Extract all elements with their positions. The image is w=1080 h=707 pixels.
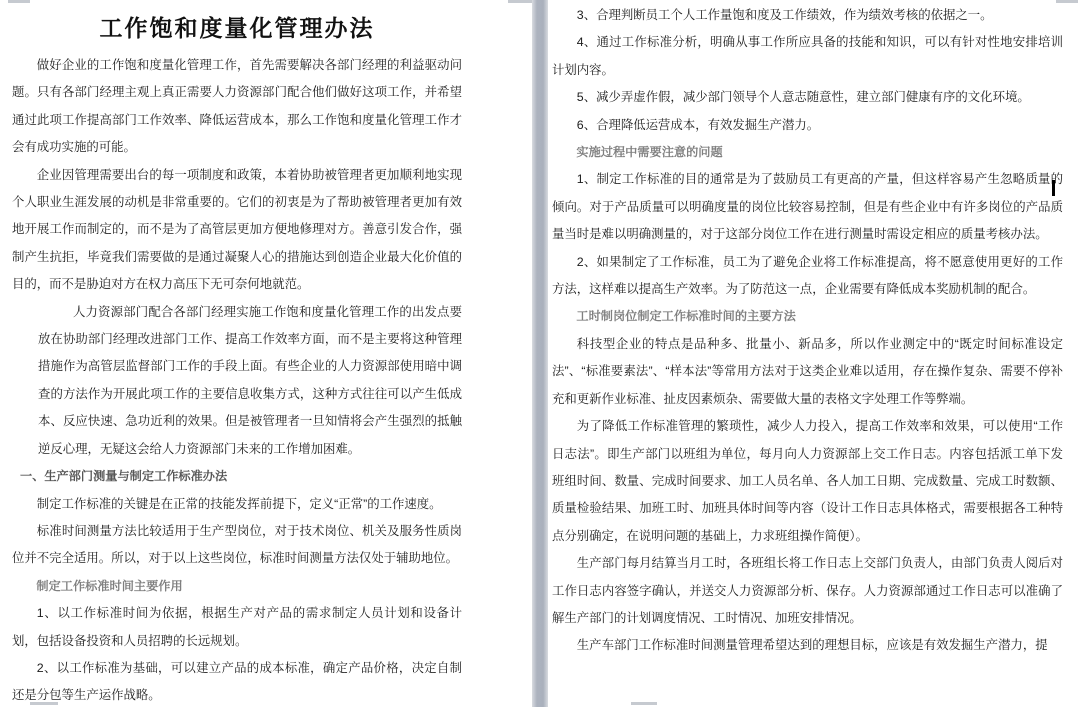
document-page-2[interactable]: 3、合理判断员工个人工作量饱和度及工作绩效，作为绩效考核的依据之一。4、通过工作…: [548, 0, 1080, 707]
body-paragraph[interactable]: 1、制定工作标准的目的通常是为了鼓励员工有更高的产量，但这样容易产生忽略质量的倾…: [552, 166, 1063, 248]
body-paragraph[interactable]: 6、合理降低运营成本，有效发掘生产潜力。: [552, 112, 1063, 139]
body-paragraph[interactable]: 标准时间测量方法比较适用于生产型岗位，对于技术岗位、机关及服务性质岗位并不完全适…: [12, 518, 462, 573]
body-paragraph[interactable]: 4、通过工作标准分析，明确从事工作所应具备的技能和知识，可以有针对性地安排培训计…: [552, 29, 1063, 84]
document-title[interactable]: 工作饱和度量化管理办法: [12, 13, 462, 43]
body-paragraph[interactable]: 制定工作标准的关键是在正常的技能发挥前提下，定义“正常”的工作速度。: [12, 491, 462, 518]
body-paragraph[interactable]: 2、如果制定了工作标准，员工为了避免企业将工作标准提高，将不愿意使用更好的工作方…: [552, 249, 1063, 304]
page-boundary-mark: [631, 702, 657, 705]
body-paragraph[interactable]: 人力资源部门配合各部门经理实施工作饱和度量化管理工作的出发点要放在协助部门经理改…: [38, 299, 462, 463]
document-viewer: 工作饱和度量化管理办法做好企业的工作饱和度量化管理工作，首先需要解决各部门经理的…: [0, 0, 1080, 707]
body-paragraph[interactable]: 科技型企业的特点是品种多、批量小、新品多，所以作业测定中的“既定时间标准设定法”…: [552, 331, 1063, 413]
page-1-content[interactable]: 工作饱和度量化管理办法做好企业的工作饱和度量化管理工作，首先需要解决各部门经理的…: [12, 0, 462, 707]
page-gutter: [532, 0, 548, 707]
document-page-1[interactable]: 工作饱和度量化管理办法做好企业的工作饱和度量化管理工作，首先需要解决各部门经理的…: [0, 0, 532, 707]
body-paragraph[interactable]: 1、以工作标准时间为依据，根据生产对产品的需求制定人员计划和设备计划，包括设备投…: [12, 600, 462, 655]
body-paragraph[interactable]: 5、减少弄虚作假，减少部门领导个人意志随意性，建立部门健康有序的文化环境。: [552, 84, 1063, 111]
sub-heading[interactable]: 制定工作标准时间主要作用: [12, 573, 462, 600]
body-paragraph[interactable]: 企业因管理需要出台的每一项制度和政策，本着协助被管理者更加顺利地实现个人职业生涯…: [12, 162, 462, 299]
page-boundary-mark: [1056, 0, 1078, 3]
body-paragraph[interactable]: 为了降低工作标准管理的繁琐性，减少人力投入，提高工作效率和效果，可以使用“工作日…: [552, 413, 1063, 550]
body-paragraph[interactable]: 做好企业的工作饱和度量化管理工作，首先需要解决各部门经理的利益驱动问题。只有各部…: [12, 52, 462, 162]
body-paragraph[interactable]: 2、以工作标准为基础，可以建立产品的成本标准，确定产品价格，决定自制还是分包等生…: [12, 655, 462, 707]
page-boundary-mark: [30, 702, 58, 705]
body-paragraph[interactable]: 生产车部门工作标准时间测量管理希望达到的理想目标，应该是有效发掘生产潜力，提: [552, 632, 1063, 659]
body-paragraph[interactable]: 生产部门每月结算当月工时，各班组长将工作日志上交部门负责人，由部门负责人阅后对工…: [552, 550, 1063, 632]
page-boundary-mark: [508, 0, 532, 3]
section-heading[interactable]: 一、生产部门测量与制定工作标准办法: [12, 463, 462, 490]
text-cursor: [1052, 180, 1055, 196]
body-paragraph[interactable]: 3、合理判断员工个人工作量饱和度及工作绩效，作为绩效考核的依据之一。: [552, 2, 1063, 29]
page-boundary-mark: [8, 0, 30, 3]
sub-heading[interactable]: 实施过程中需要注意的问题: [552, 139, 1063, 166]
sub-heading[interactable]: 工时制岗位制定工作标准时间的主要方法: [552, 303, 1063, 330]
page-2-content[interactable]: 3、合理判断员工个人工作量饱和度及工作绩效，作为绩效考核的依据之一。4、通过工作…: [552, 2, 1063, 660]
